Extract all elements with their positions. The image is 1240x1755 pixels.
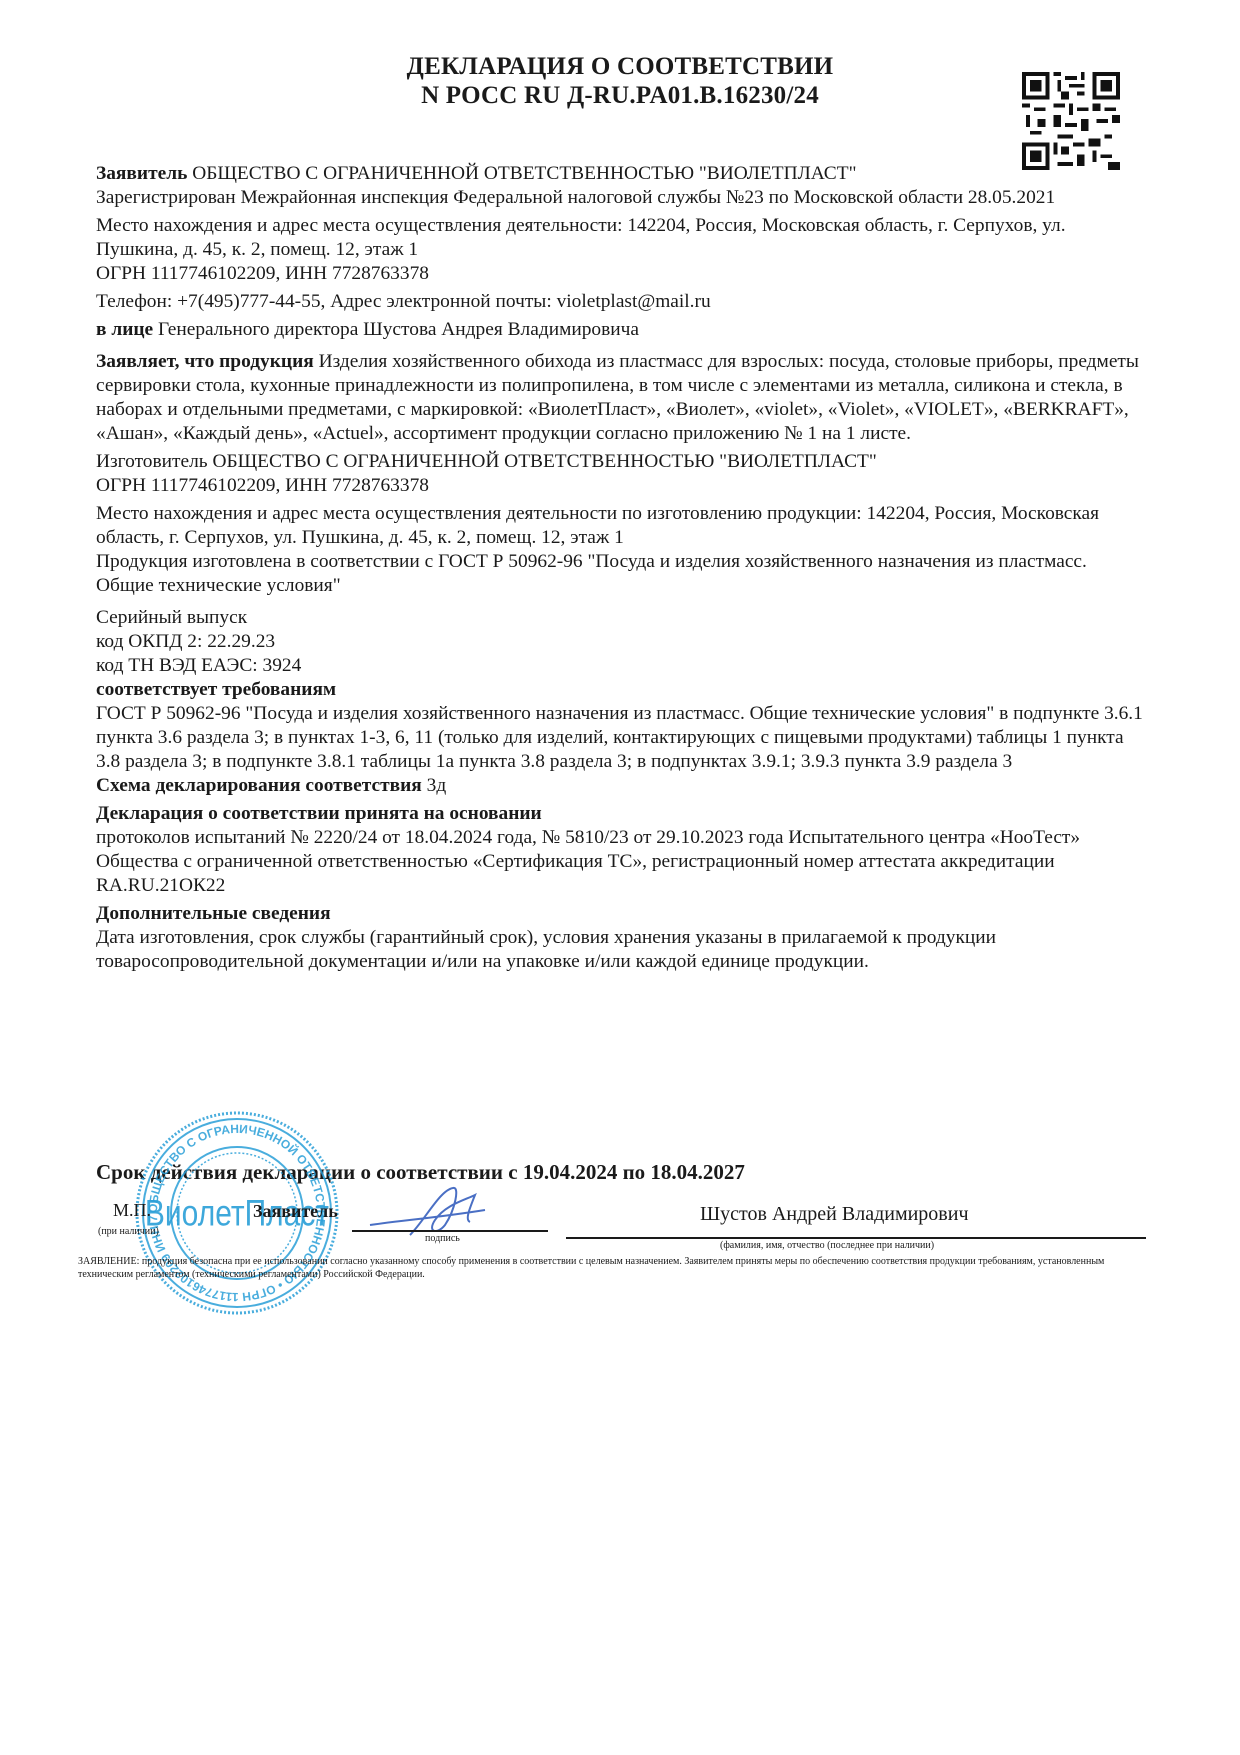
representative-label: в лице xyxy=(96,319,153,340)
applicant-label: Заявитель xyxy=(96,163,187,184)
name-note: (фамилия, имя, отчество (последнее при н… xyxy=(720,1240,934,1251)
representative-name: Генерального директора Шустова Андрея Вл… xyxy=(153,319,639,340)
seal-label: М.П. xyxy=(113,1200,151,1221)
signature-line xyxy=(352,1230,548,1232)
applicant-section: Заявитель ОБЩЕСТВО С ОГРАНИЧЕННОЙ ОТВЕТС… xyxy=(96,162,1146,210)
additional-text: Дата изготовления, срок службы (гарантий… xyxy=(96,926,1146,974)
requirements-label: соответствует требованиям xyxy=(96,679,336,700)
manufacturer-standard: Продукция изготовлена в соответствии с Г… xyxy=(96,550,1146,598)
name-line xyxy=(566,1237,1146,1239)
manufacturer-address: Место нахождения и адрес места осуществл… xyxy=(96,502,1146,550)
signer-name: Шустов Андрей Владимирович xyxy=(700,1203,969,1226)
manufacturer-ogrn-inn: ОГРН 1117746102209, ИНН 7728763378 xyxy=(96,474,1146,498)
applicant-registration: Зарегистрирован Межрайонная инспекция Фе… xyxy=(96,187,1055,208)
requirements-text: ГОСТ Р 50962-96 "Посуда и изделия хозяйс… xyxy=(96,702,1146,774)
basis-label: Декларация о соответствии принята на осн… xyxy=(96,803,542,824)
signature-note: подпись xyxy=(425,1233,460,1244)
release-type: Серийный выпуск xyxy=(96,606,1146,630)
signer-role: Заявитель xyxy=(253,1201,338,1222)
basis-text: протоколов испытаний № 2220/24 от 18.04.… xyxy=(96,826,1146,898)
seal-note: (при наличии) xyxy=(98,1226,159,1237)
applicant-name: ОБЩЕСТВО С ОГРАНИЧЕННОЙ ОТВЕТСТВЕННОСТЬЮ… xyxy=(187,163,856,184)
applicant-representative: в лице Генерального директора Шустова Ан… xyxy=(96,318,1146,342)
qr-code-icon xyxy=(1022,72,1120,170)
applicant-address: Место нахождения и адрес места осуществл… xyxy=(96,214,1146,262)
tnved-code: код ТН ВЭД ЕАЭС: 3924 xyxy=(96,654,1146,678)
applicant-contacts: Телефон: +7(495)777-44-55, Адрес электро… xyxy=(96,290,1146,314)
scheme-section: Схема декларирования соответствия 3д xyxy=(96,774,1146,798)
product-label: Заявляет, что продукция xyxy=(96,351,314,372)
okpd-code: код ОКПД 2: 22.29.23 xyxy=(96,630,1146,654)
applicant-ogrn-inn: ОГРН 1117746102209, ИНН 7728763378 xyxy=(96,262,1146,286)
manufacturer-name: Изготовитель ОБЩЕСТВО С ОГРАНИЧЕННОЙ ОТВ… xyxy=(96,450,1146,474)
product-section: Заявляет, что продукция Изделия хозяйств… xyxy=(96,350,1146,446)
scheme-value: 3д xyxy=(422,775,446,796)
safety-statement: ЗАЯВЛЕНИЕ: продукция безопасна при ее ис… xyxy=(78,1255,1138,1281)
document-body: Заявитель ОБЩЕСТВО С ОГРАНИЧЕННОЙ ОТВЕТС… xyxy=(96,162,1146,978)
scheme-label: Схема декларирования соответствия xyxy=(96,775,422,796)
additional-label: Дополнительные сведения xyxy=(96,903,331,924)
